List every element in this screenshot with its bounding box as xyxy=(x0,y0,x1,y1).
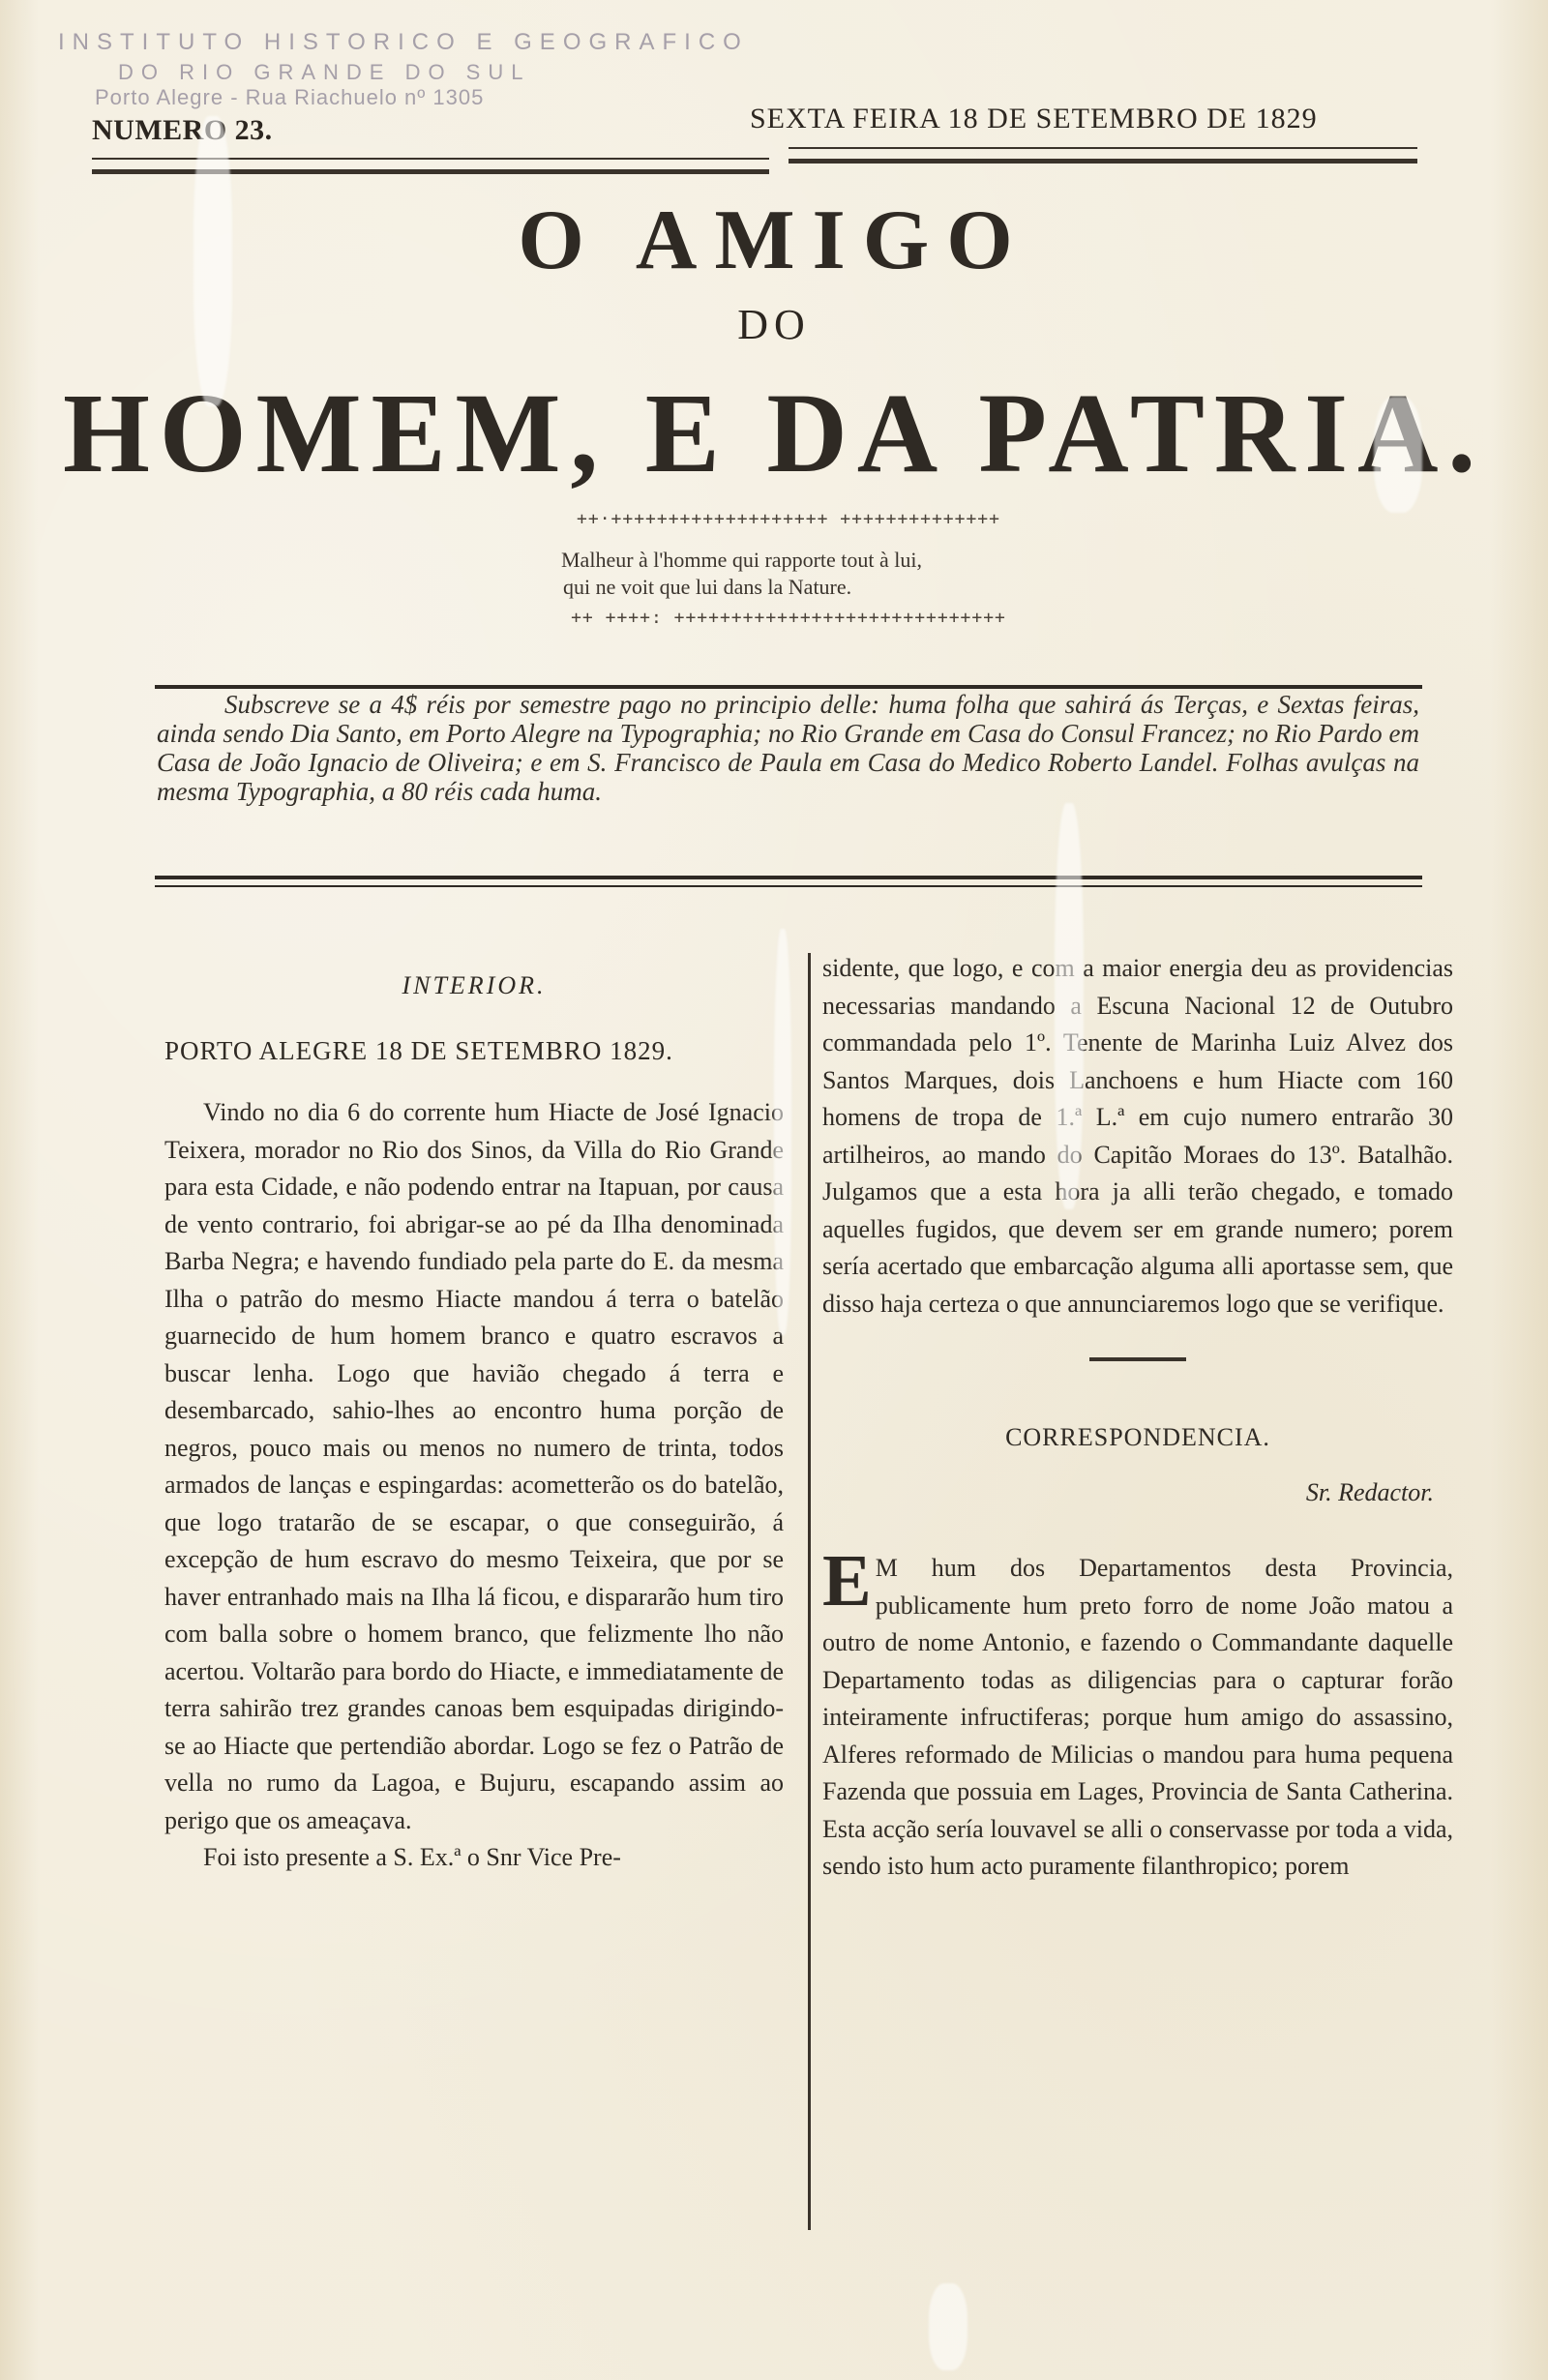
stamp-line-2: DO RIO GRANDE DO SUL xyxy=(118,60,530,85)
dateline: PORTO ALEGRE 18 DE SETEMBRO 1829. xyxy=(164,1032,784,1070)
subscription-notice: Subscreve se a 4$ réis por semestre pago… xyxy=(157,690,1419,806)
stamp-line-3: Porto Alegre - Rua Riachuelo nº 1305 xyxy=(95,85,484,110)
issue-date: SEXTA FEIRA 18 DE SETEMBRO DE 1829 xyxy=(750,103,1318,135)
paper-damage xyxy=(1374,397,1422,513)
masthead-rule-right xyxy=(789,147,1417,164)
archive-stamp: INSTITUTO HISTORICO E GEOGRAFICO DO RIO … xyxy=(58,10,445,126)
title-line-1: O AMIGO xyxy=(0,192,1548,289)
letter-salutation: Sr. Redactor. xyxy=(822,1474,1434,1512)
subscription-rule-bottom xyxy=(155,876,1422,879)
paper-damage xyxy=(1055,803,1084,1209)
left-column: INTERIOR. PORTO ALEGRE 18 DE SETEMBRO 18… xyxy=(164,967,784,1877)
ornament-rule-top: ++·+++++++++++++++++++ ++++++++++++++ xyxy=(537,509,1040,529)
section-heading-interior: INTERIOR. xyxy=(164,967,784,1005)
title-line-3: HOMEM, E DA PATRIA. xyxy=(15,368,1533,499)
masthead-rule-left xyxy=(92,158,769,174)
letter-text: M hum dos Departamentos desta Provincia,… xyxy=(822,1554,1453,1880)
column-divider xyxy=(808,953,811,2230)
stamp-line-1: INSTITUTO HISTORICO E GEOGRAFICO xyxy=(58,29,749,56)
issue-number: NUMERO 23. xyxy=(92,114,273,147)
paper-damage xyxy=(774,929,791,1335)
article-paragraph-continued: sidente, que logo, e com a maior energia… xyxy=(822,950,1453,1323)
subscription-rule-top xyxy=(155,685,1422,689)
right-column: sidente, que logo, e com a maior energia… xyxy=(822,950,1453,1886)
title-line-2: DO xyxy=(0,300,1548,349)
ornament-rule-bottom: ++ ++++: +++++++++++++++++++++++++++++ xyxy=(537,608,1040,628)
paper-damage xyxy=(193,116,232,406)
paper-damage xyxy=(929,2283,967,2370)
motto: Malheur à l'homme qui rapporte tout à lu… xyxy=(561,547,1064,601)
section-separator xyxy=(1089,1357,1186,1361)
drop-cap: E xyxy=(822,1552,872,1610)
motto-line-1: Malheur à l'homme qui rapporte tout à lu… xyxy=(561,547,1064,574)
article-paragraph-1: Vindo no dia 6 do corrente hum Hiacte de… xyxy=(164,1094,784,1839)
newspaper-page: INSTITUTO HISTORICO E GEOGRAFICO DO RIO … xyxy=(0,0,1548,2380)
subscription-rule-bottom-thin xyxy=(155,885,1422,887)
article-paragraph-2-start: Foi isto presente a S. Ex.ª o Snr Vice P… xyxy=(164,1839,784,1877)
section-heading-correspondence: CORRESPONDENCIA. xyxy=(822,1419,1453,1457)
motto-line-2: qui ne voit que lui dans la Nature. xyxy=(561,574,1064,601)
letter-body: EM hum dos Departamentos desta Provincia… xyxy=(822,1550,1453,1886)
